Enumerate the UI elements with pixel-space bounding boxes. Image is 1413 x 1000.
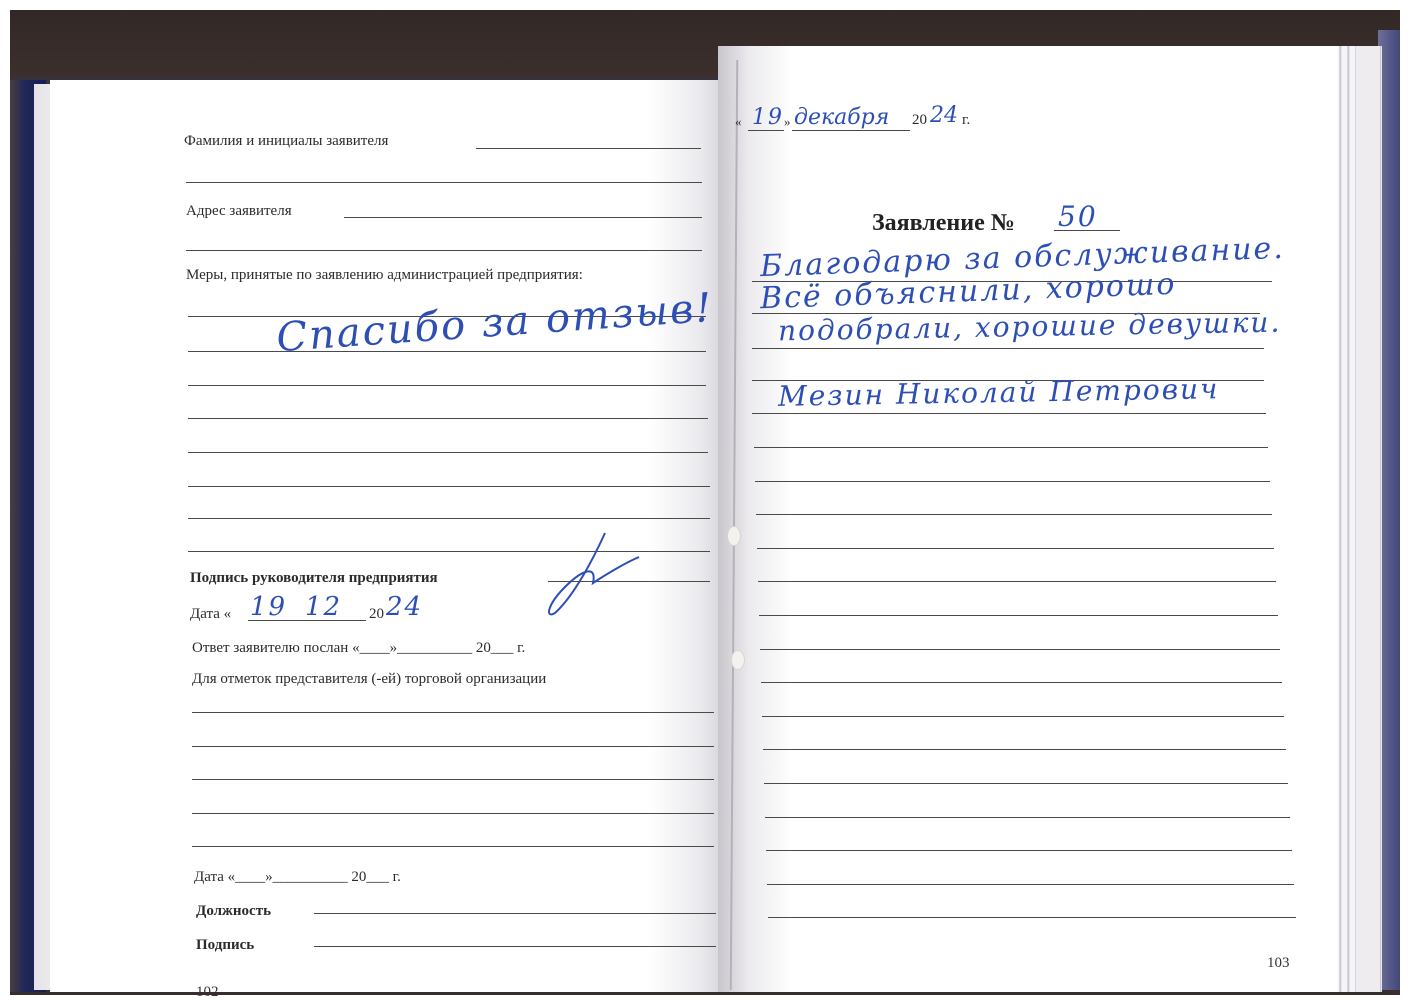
- spine-thread-1: [727, 526, 741, 546]
- measures-line-6: [188, 486, 710, 487]
- page-number-right: 103: [1267, 955, 1290, 972]
- statement-blank-line: [754, 447, 1268, 448]
- position-label: Должность: [196, 903, 271, 920]
- marks-line-5: [192, 846, 714, 847]
- statement-number-line: [1054, 230, 1120, 231]
- statement-blank-line: [762, 716, 1284, 717]
- date-day-handwritten: 19: [250, 592, 287, 622]
- date-year-prefix: 20: [369, 606, 384, 623]
- signature-line: [314, 946, 716, 947]
- signature-label: Подпись: [196, 937, 254, 954]
- right-date-year-prefix: 20: [912, 112, 927, 129]
- statement-line-3: [752, 348, 1264, 349]
- date-month-handwritten: 12: [305, 592, 342, 622]
- statement-blank-line: [755, 481, 1270, 482]
- marks-line-1: [192, 712, 714, 713]
- right-date-month: декабря: [794, 105, 889, 130]
- bottom-date-label: Дата «____»__________ 20___ г.: [194, 869, 401, 886]
- measures-label: Меры, принятые по заявлению администраци…: [186, 267, 583, 284]
- statement-blank-line: [768, 917, 1296, 918]
- manager-signature-label: Подпись руководителя предприятия: [190, 570, 438, 587]
- applicant-name-label: Фамилия и инициалы заявителя: [184, 133, 388, 150]
- page-stack-right: [1334, 46, 1382, 992]
- applicant-address-line-2: [186, 250, 702, 251]
- statement-blank-line: [761, 682, 1282, 683]
- applicant-address-label: Адрес заявителя: [186, 203, 292, 220]
- manager-signature-mark: [535, 525, 645, 620]
- trade-org-marks-label: Для отметок представителя (-ей) торговой…: [192, 671, 546, 688]
- measures-line-7: [188, 518, 710, 519]
- statement-blank-line: [758, 581, 1276, 582]
- position-line: [314, 913, 716, 914]
- right-date-year: 24: [930, 103, 958, 128]
- statement-blank-line: [767, 884, 1294, 885]
- right-date-day-line: [748, 130, 784, 131]
- marks-line-3: [192, 779, 714, 780]
- right-date-month-line: [792, 130, 910, 131]
- date-label: Дата «: [190, 606, 231, 623]
- statement-blank-line: [764, 783, 1288, 784]
- measures-line-3: [188, 385, 706, 386]
- marks-line-4: [192, 813, 714, 814]
- statement-blank-line: [760, 649, 1280, 650]
- measures-line-4: [188, 418, 708, 419]
- applicant-name-line-2: [186, 182, 702, 183]
- reply-sent-label: Ответ заявителю послан «____»__________ …: [192, 640, 525, 657]
- page-number-left: 102: [196, 984, 219, 1000]
- date-year-handwritten: 24: [386, 592, 423, 622]
- measures-line-2: [188, 351, 706, 352]
- statement-line-5: [752, 413, 1266, 414]
- right-date-suffix: г.: [962, 112, 970, 129]
- statement-blank-line: [759, 615, 1278, 616]
- statement-blank-line: [766, 850, 1292, 851]
- statement-blank-line: [765, 817, 1290, 818]
- date-line: [248, 620, 366, 621]
- applicant-name-line: [476, 148, 701, 149]
- statement-blank-line: [757, 548, 1274, 549]
- marks-line-2: [192, 746, 714, 747]
- right-date-day: 19: [752, 105, 784, 130]
- applicant-address-line: [344, 217, 702, 218]
- statement-blank-line: [756, 514, 1272, 515]
- statement-blank-line: [763, 749, 1286, 750]
- statement-number: 50: [1058, 200, 1098, 233]
- right-date-open: «: [735, 114, 742, 130]
- statement-title: Заявление №: [872, 210, 1015, 237]
- measures-line-5: [188, 452, 708, 453]
- right-date-close: »: [784, 114, 791, 130]
- spine-thread-2: [731, 650, 745, 670]
